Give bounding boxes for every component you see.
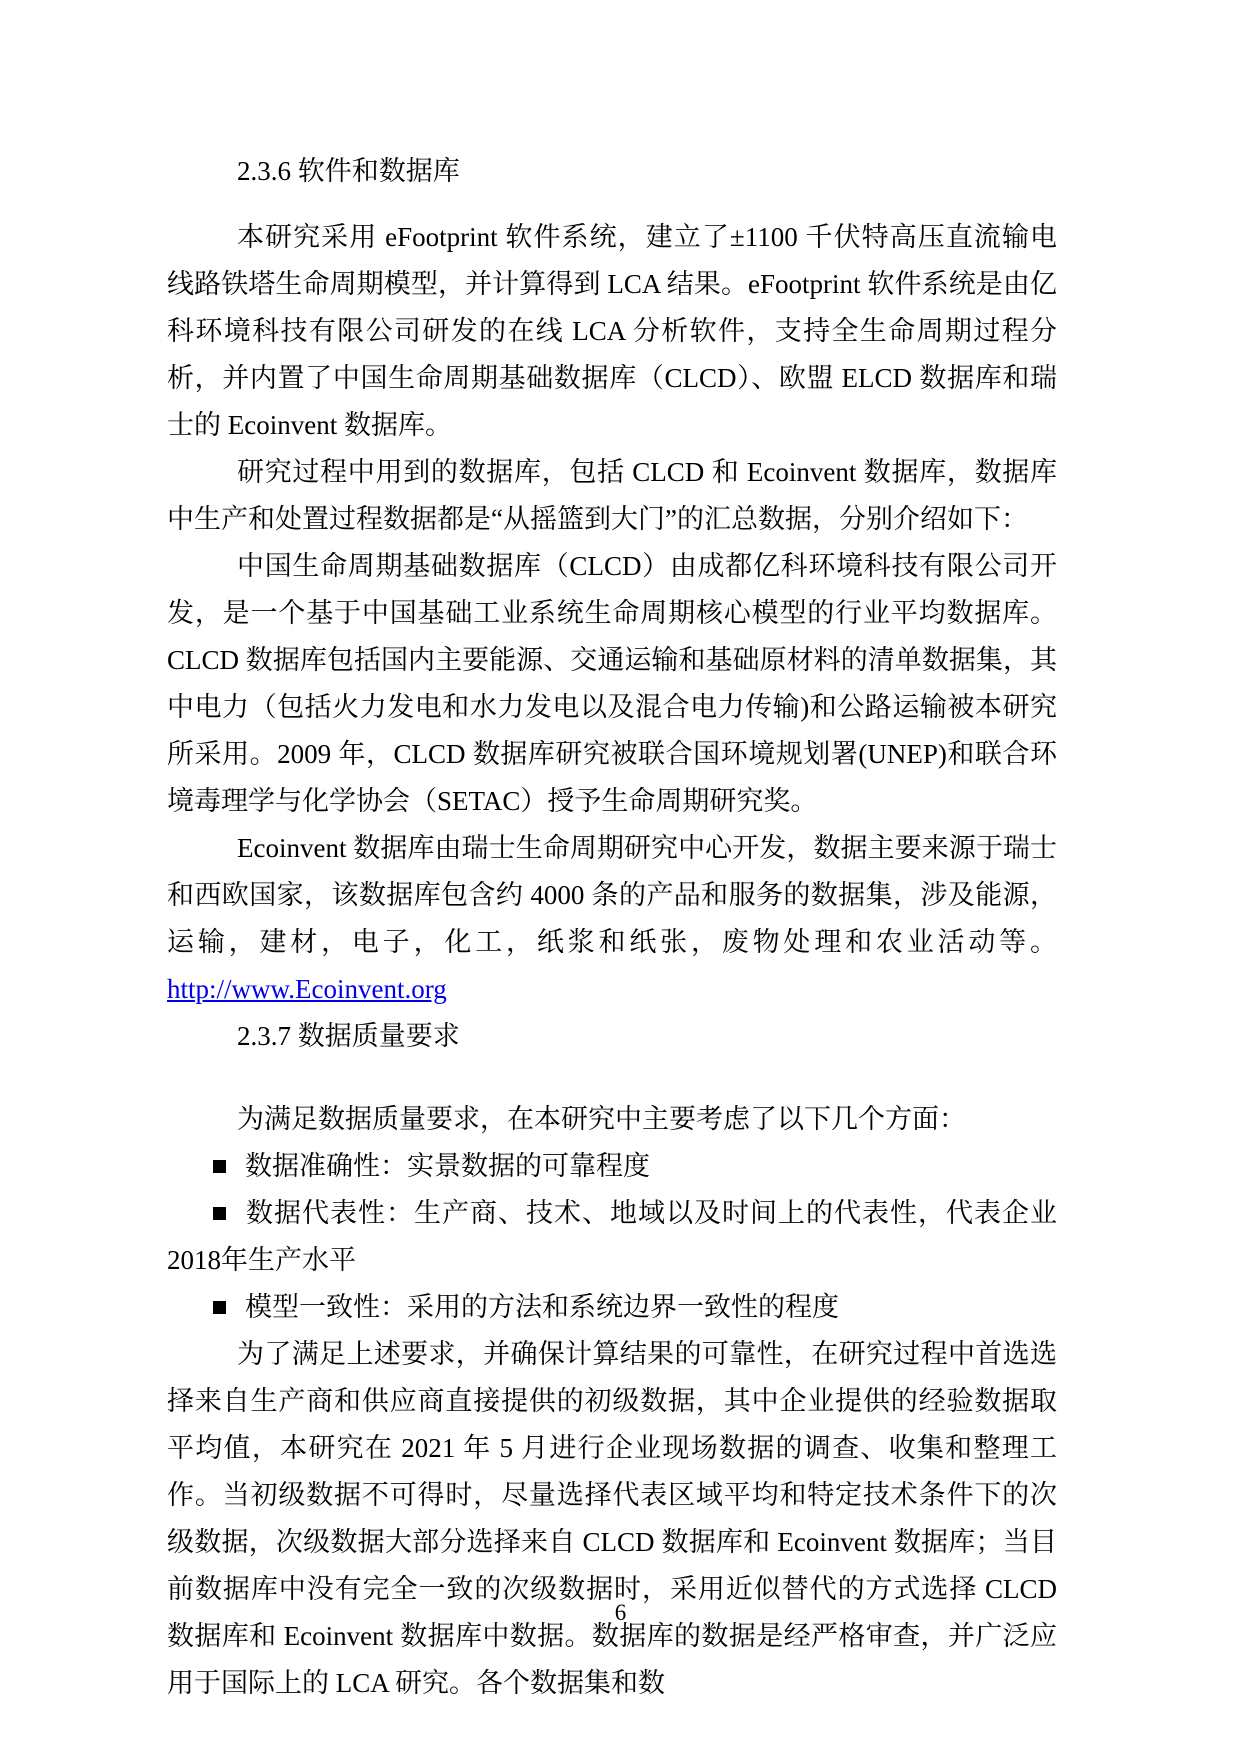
body-paragraph: 为了满足上述要求，并确保计算结果的可靠性，在研究过程中首选选择来自生产商和供应商… <box>167 1331 1057 1707</box>
body-paragraph: 研究过程中用到的数据库，包括 CLCD 和 Ecoinvent 数据库，数据库中… <box>167 449 1057 543</box>
document-content: 2.3.6 软件和数据库本研究采用 eFootprint 软件系统，建立了±11… <box>167 148 1057 1707</box>
body-paragraph: 为满足数据质量要求，在本研究中主要考虑了以下几个方面： <box>167 1096 1057 1143</box>
bullet-square-icon <box>213 1301 226 1314</box>
bullet-item: 数据代表性：生产商、技术、地域以及时间上的代表性，代表企业2018年生产水平 <box>167 1190 1057 1284</box>
page-number: 6 <box>615 1600 627 1625</box>
body-paragraph: 本研究采用 eFootprint 软件系统，建立了±1100 千伏特高压直流输电… <box>167 214 1057 449</box>
bullet-text: 模型一致性：采用的方法和系统边界一致性的程度 <box>245 1292 839 1322</box>
section-heading: 2.3.6 软件和数据库 <box>167 148 1057 195</box>
bullet-square-icon <box>213 1160 226 1173</box>
section-heading: 2.3.7 数据质量要求 <box>167 1013 1057 1060</box>
body-paragraph: 中国生命周期基础数据库（CLCD）由成都亿科环境科技有限公司开发，是一个基于中国… <box>167 543 1057 825</box>
bullet-square-icon <box>213 1207 226 1220</box>
body-paragraph: Ecoinvent 数据库由瑞士生命周期研究中心开发，数据主要来源于瑞士和西欧国… <box>167 825 1057 1013</box>
ecoinvent-link[interactable]: http://www.Ecoinvent.org <box>167 974 447 1004</box>
bullet-item: 模型一致性：采用的方法和系统边界一致性的程度 <box>167 1284 1057 1331</box>
bullet-text: 数据准确性：实景数据的可靠程度 <box>245 1151 650 1181</box>
document-page: 2.3.6 软件和数据库本研究采用 eFootprint 软件系统，建立了±11… <box>0 0 1241 1755</box>
bullet-text: 数据代表性：生产商、技术、地域以及时间上的代表性，代表企业2018年生产水平 <box>167 1198 1057 1275</box>
bullet-item: 数据准确性：实景数据的可靠程度 <box>167 1143 1057 1190</box>
page-footer: 6 <box>0 1598 1241 1628</box>
